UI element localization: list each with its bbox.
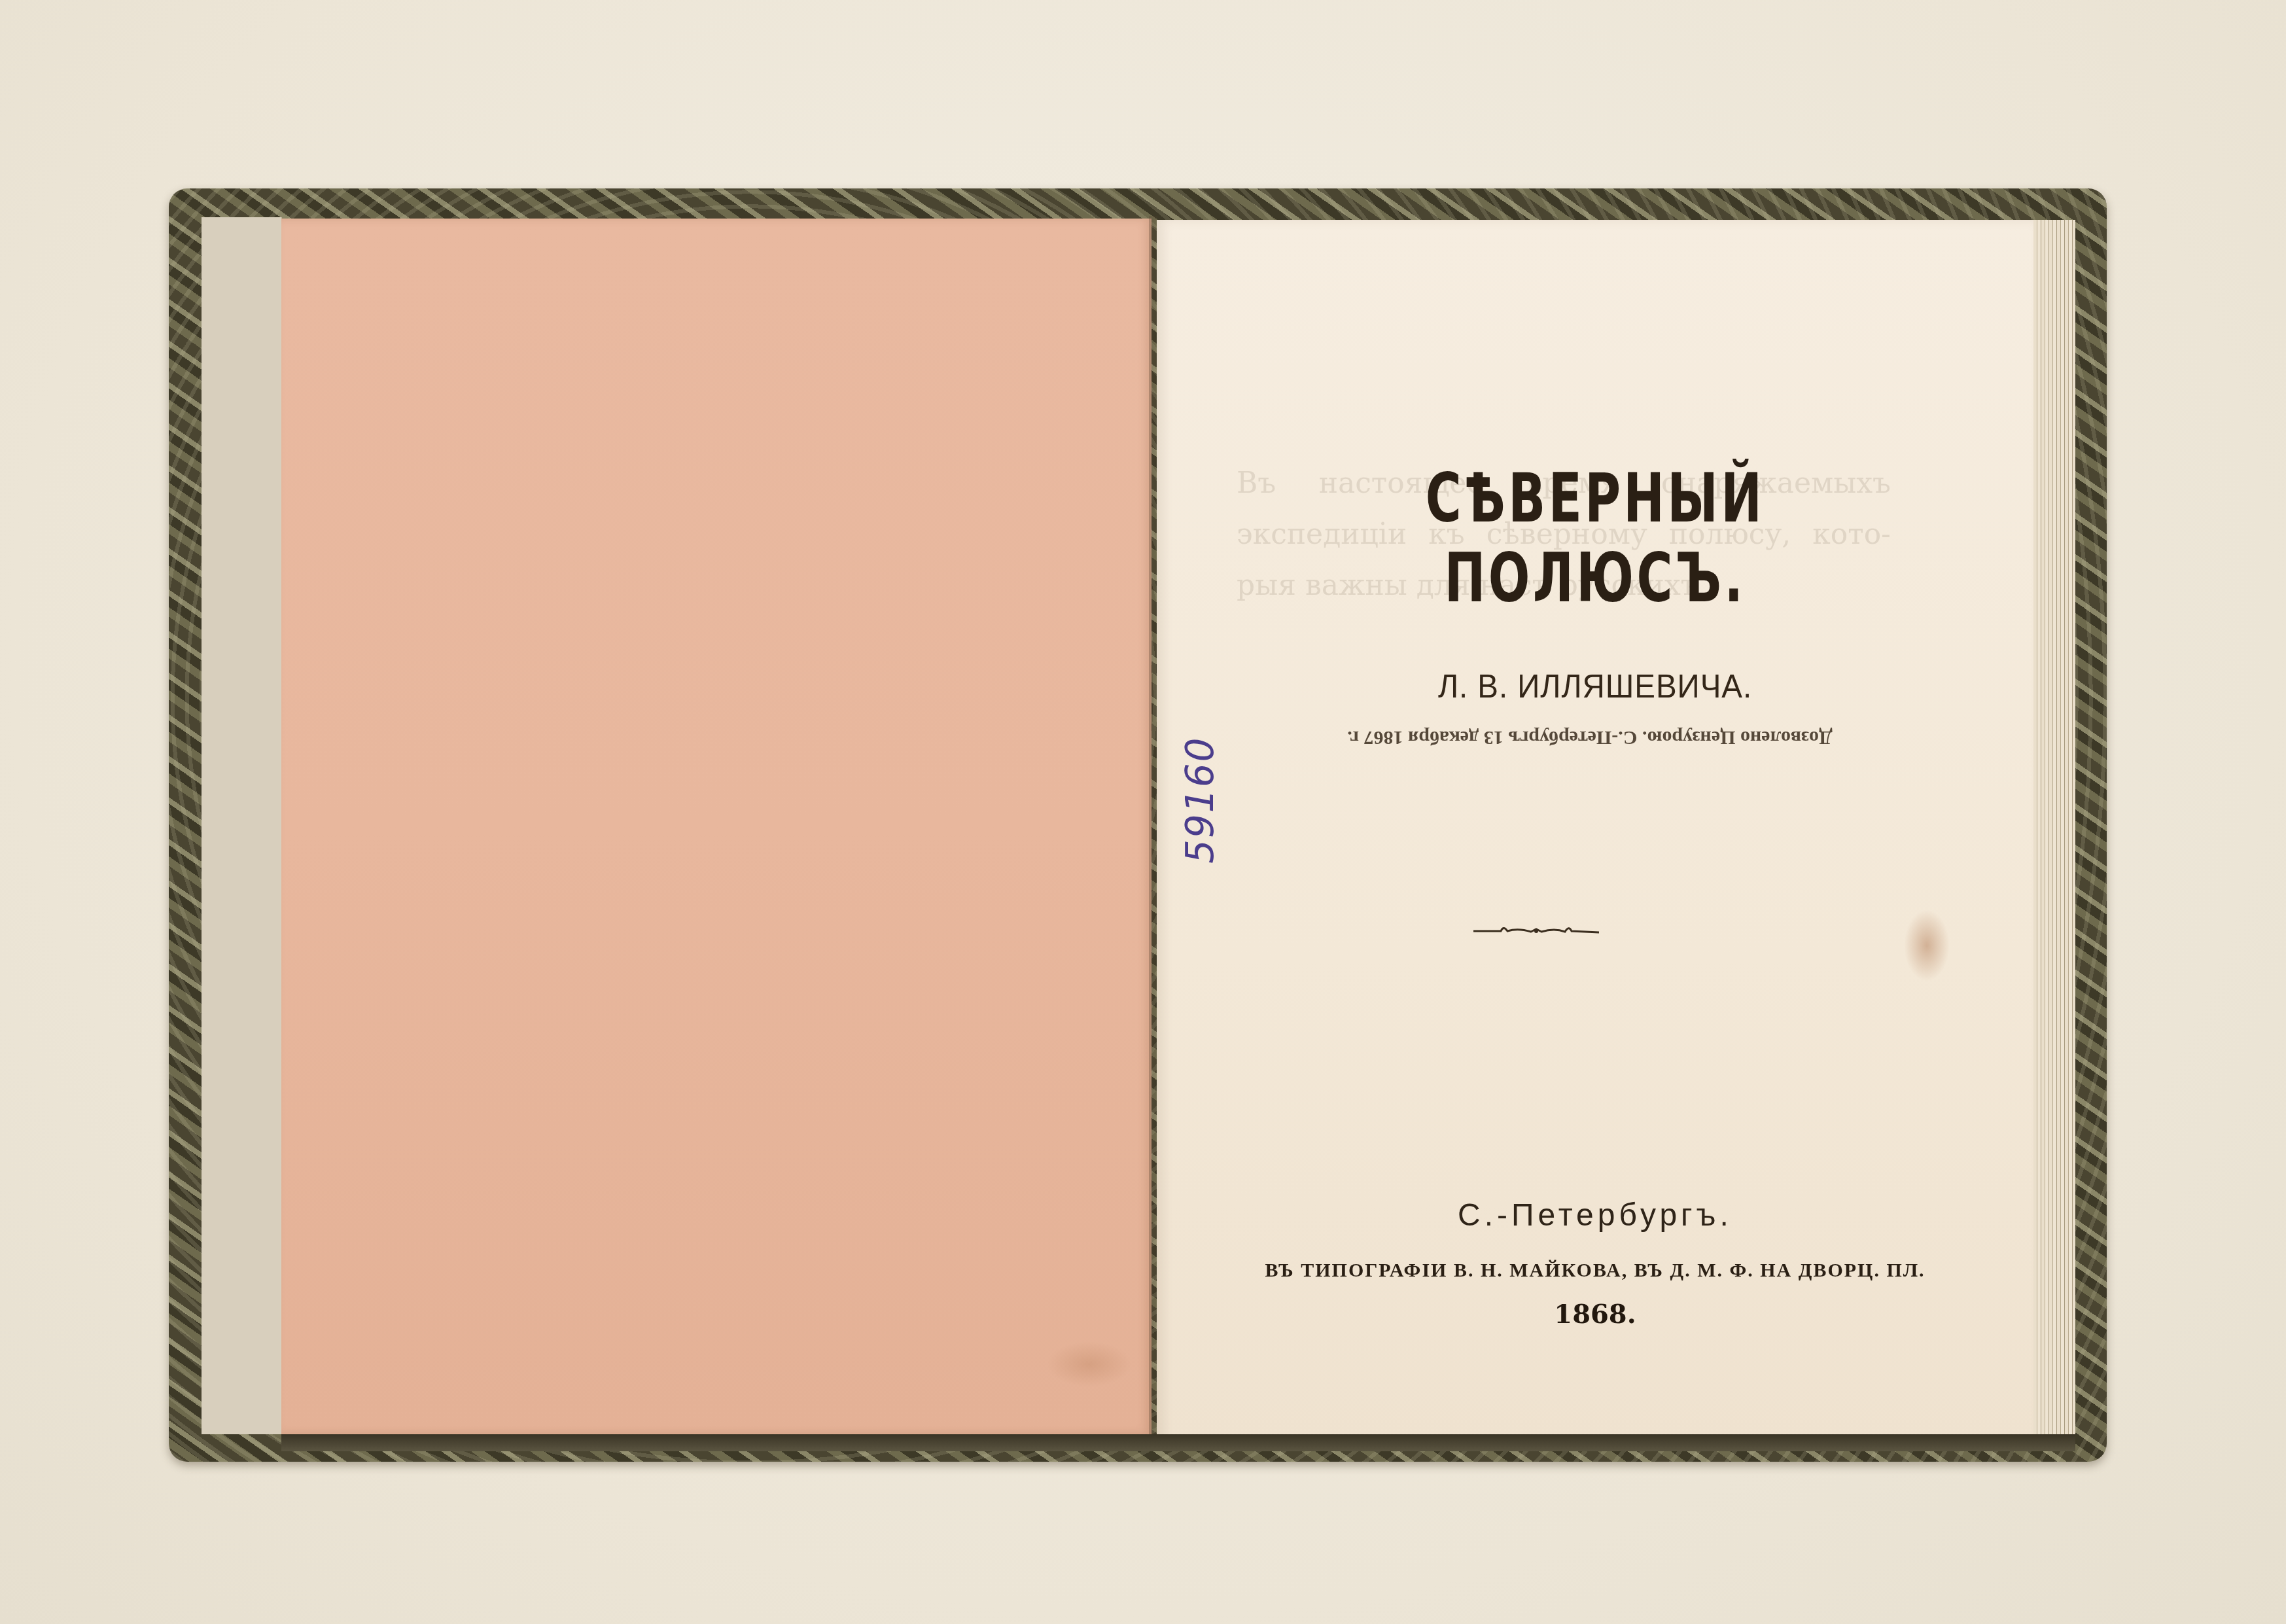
foxing-stain <box>1904 909 1950 981</box>
flyleaf-stain <box>1047 1341 1132 1387</box>
publication-city: С.-Петербургъ. <box>1157 1197 2033 1233</box>
handwritten-inventory-number: 59160 <box>1178 736 1222 864</box>
book-title: СѢВЕРНЫЙ ПОЛЮСЪ. <box>1280 458 1911 618</box>
decorative-rule-ornament <box>1472 923 1600 940</box>
printer-imprint: ВЪ ТИПОГРАФІИ В. Н. МАЙКОВА, ВЪ Д. М. Ф.… <box>1157 1260 2033 1282</box>
publication-year: 1868. <box>1157 1299 2033 1330</box>
left-page-flyleaf <box>281 219 1152 1434</box>
cover-pastedown <box>202 217 282 1434</box>
page-edges <box>2033 220 2075 1450</box>
book-author: Л. В. ИЛЛЯШЕВИЧА. <box>1179 667 2012 705</box>
cover-bottom-edge <box>281 1434 2075 1451</box>
censor-approval-note: Дозволено Цензурою. С.-Петербургъ 13 дек… <box>1230 726 1950 749</box>
